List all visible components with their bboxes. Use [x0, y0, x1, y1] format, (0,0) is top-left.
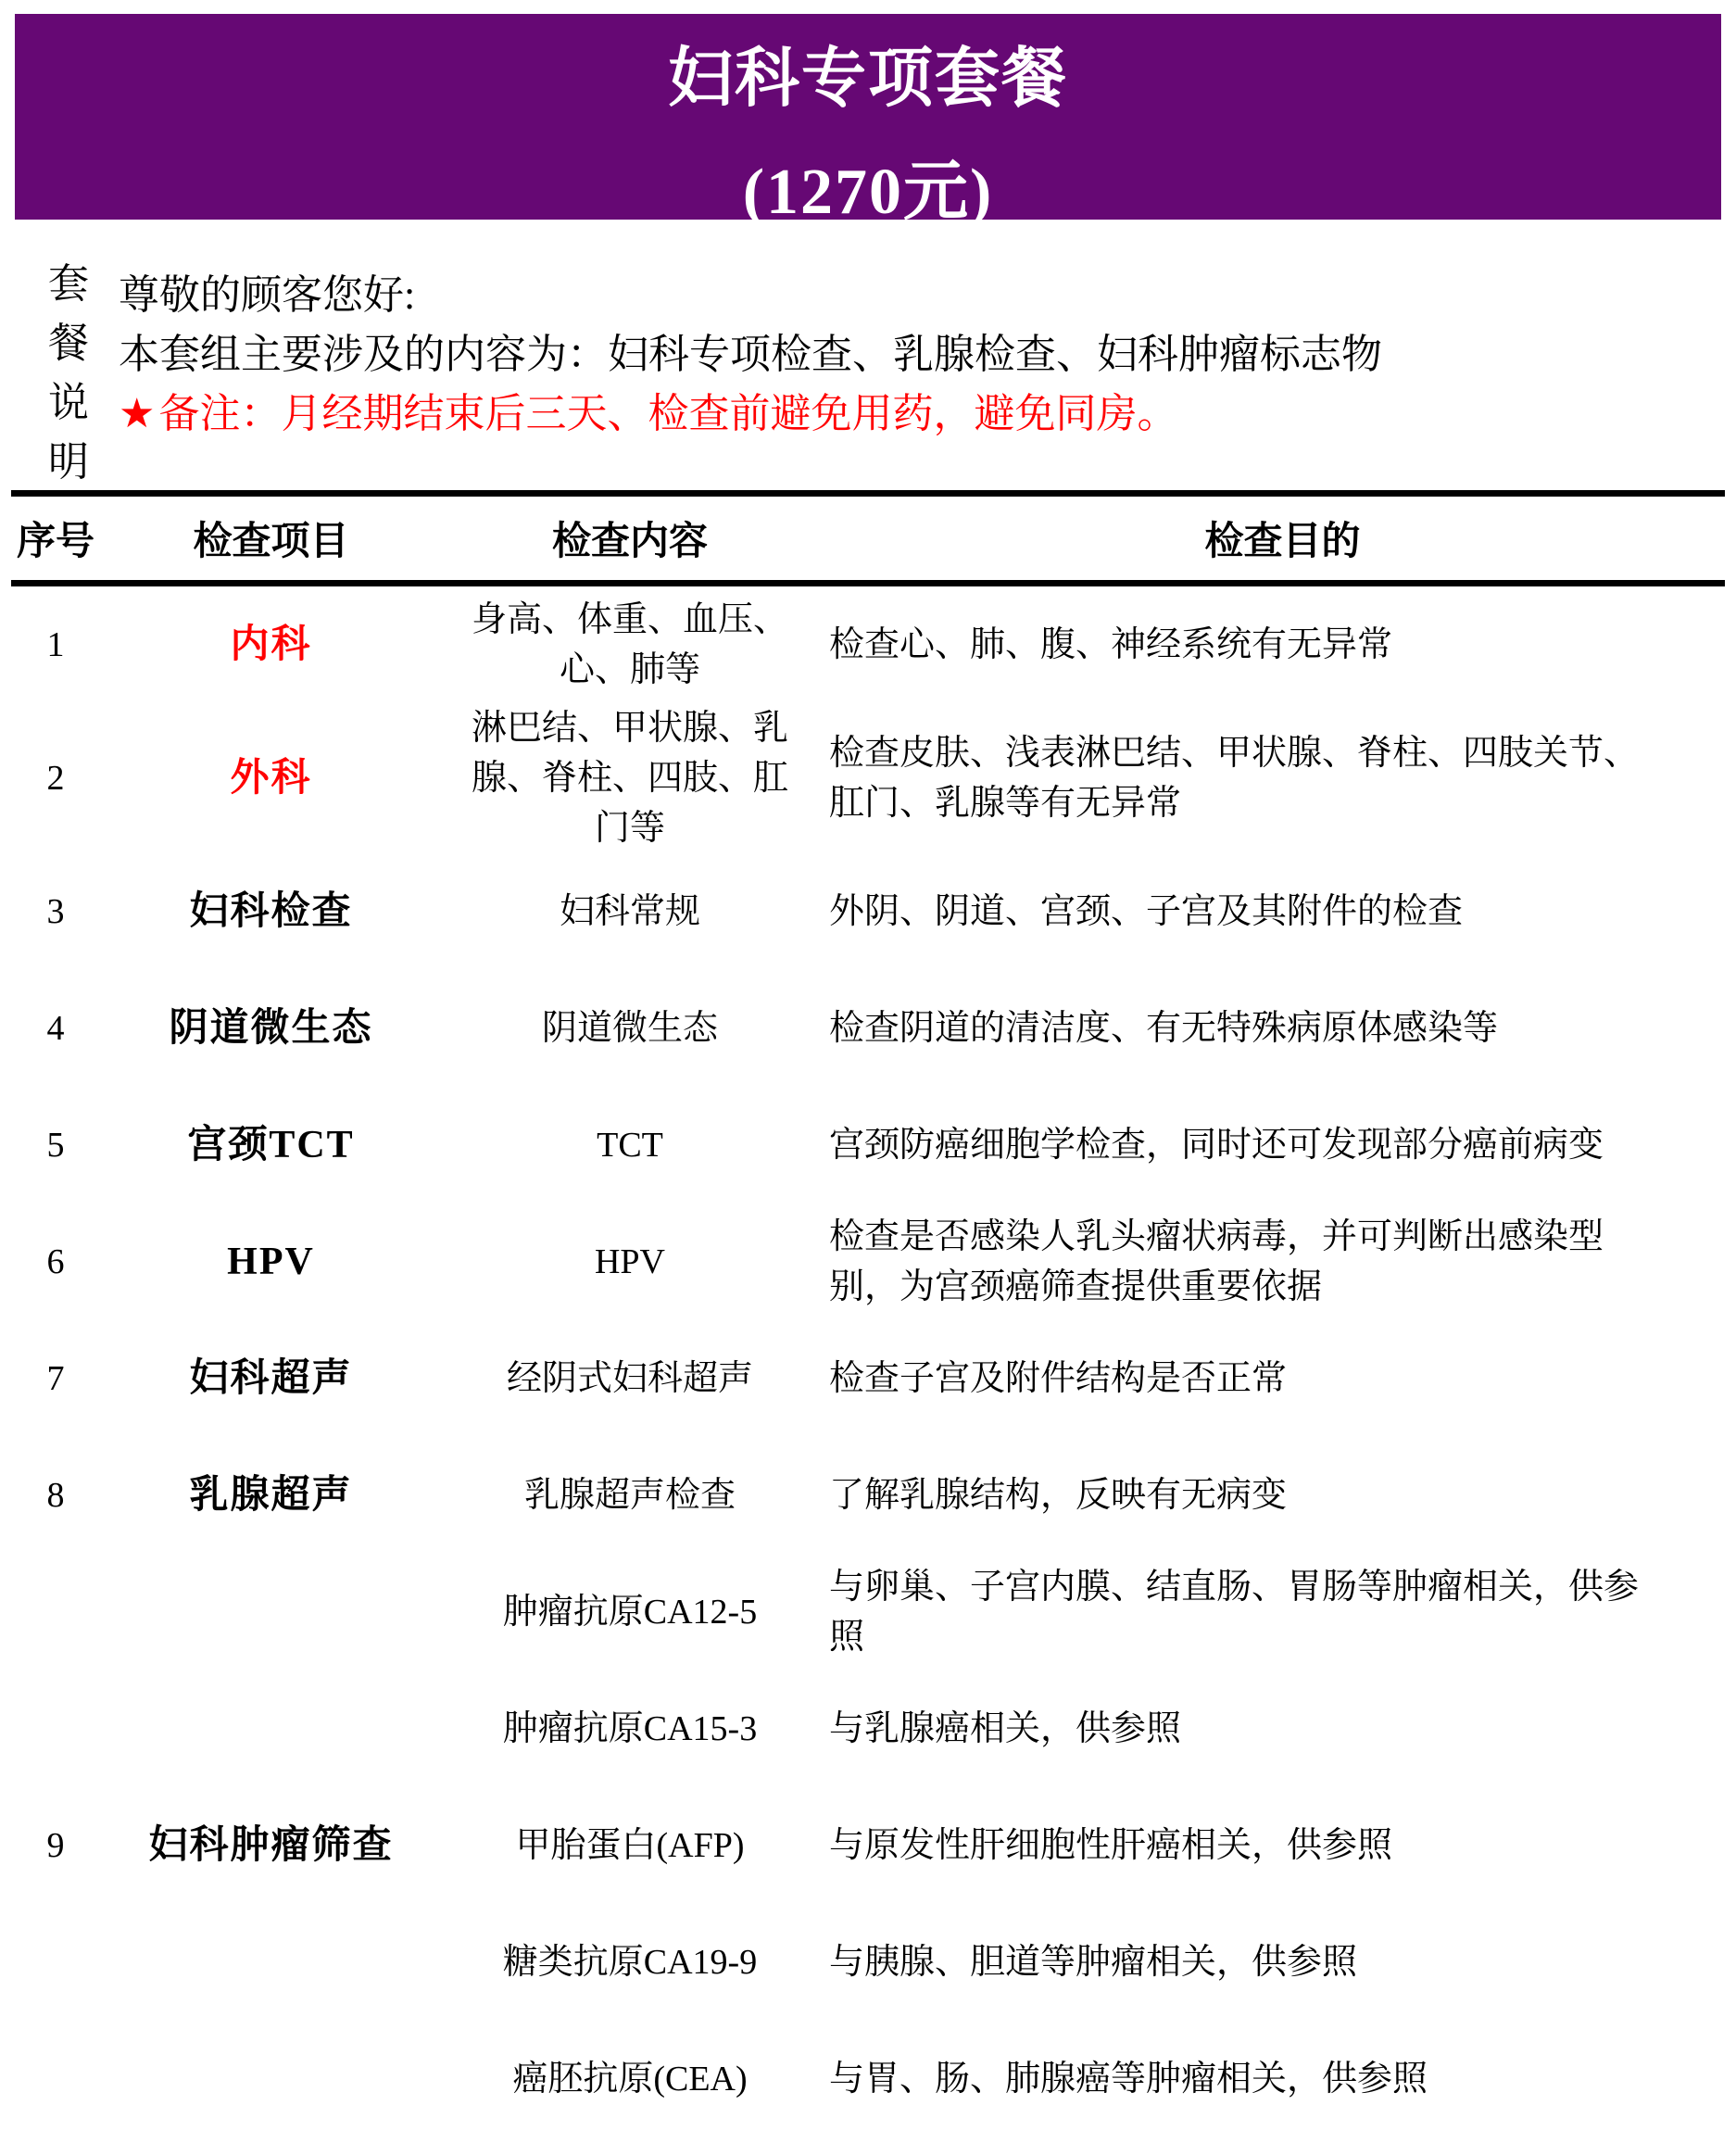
seq-cell: 7	[0, 1354, 111, 1404]
item-cell: 妇科肿瘤筛查	[111, 1821, 431, 1871]
purpose-cell: 检查是否感染人乳头瘤状病毒，并可判断出感染型 别，为宫颈癌筛查提供重要依据	[829, 1212, 1736, 1312]
purpose-cell: 与原发性肝细胞性肝癌相关，供参照	[829, 1821, 1736, 1871]
table-row: 2 外科 淋巴结、甲状腺、乳 腺、脊柱、四肢、肛 门等 检查皮肤、浅表淋巴结、甲…	[0, 703, 1736, 853]
item-cell: 内科	[111, 620, 431, 670]
side-label-char: 明	[44, 428, 93, 487]
table-row: 3 妇科检查 妇科常规 外阴、阴道、宫颈、子宫及其附件的检查	[0, 853, 1736, 970]
content-cell: 肿瘤抗原CA15-3	[431, 1704, 829, 1754]
purpose-cell: 检查子宫及附件结构是否正常	[829, 1354, 1736, 1404]
intro-greeting: 尊敬的顾客您好:	[119, 266, 1382, 325]
header-content: 检查内容	[431, 510, 829, 566]
content-cell: HPV	[431, 1237, 829, 1287]
table-row: 肿瘤抗原CA15-3 与乳腺癌相关，供参照	[0, 1670, 1736, 1787]
package-banner: 妇科专项套餐 (1270元)	[15, 14, 1721, 220]
header-purpose: 检查目的	[829, 510, 1736, 566]
table-row: 8 乳腺超声 乳腺超声检查 了解乳腺结构，反映有无病变	[0, 1437, 1736, 1554]
item-cell: HPV	[111, 1237, 431, 1287]
header-seq: 序号	[0, 510, 111, 566]
divider-above-header	[11, 490, 1725, 497]
intro-description: 本套组主要涉及的内容为：妇科专项检查、乳腺检查、妇科肿瘤标志物	[119, 325, 1382, 384]
table-row: 5 宫颈TCT TCT 宫颈防癌细胞学检查，同时还可发现部分癌前病变	[0, 1087, 1736, 1204]
package-document: 妇科专项套餐 (1270元) 套 餐 说 明 尊敬的顾客您好: 本套组主要涉及的…	[0, 0, 1736, 2130]
table-body: 1 内科 身高、体重、血压、 心、肺等 检查心、肺、腹、神经系统有无异常 2 外…	[0, 586, 1736, 2130]
seq-cell: 2	[0, 753, 111, 803]
seq-cell: 6	[0, 1237, 111, 1287]
content-cell: 甲胎蛋白(AFP)	[431, 1821, 829, 1871]
side-label-char: 说	[44, 369, 93, 428]
content-cell: 乳腺超声检查	[431, 1470, 829, 1520]
seq-cell: 5	[0, 1120, 111, 1170]
purpose-cell: 检查皮肤、浅表淋巴结、甲状腺、脊柱、四肢关节、 肛门、乳腺等有无异常	[829, 728, 1736, 828]
content-cell: 淋巴结、甲状腺、乳 腺、脊柱、四肢、肛 门等	[431, 703, 829, 853]
purpose-cell: 了解乳腺结构，反映有无病变	[829, 1470, 1736, 1520]
content-cell: 经阴式妇科超声	[431, 1354, 829, 1404]
package-intro: 套 餐 说 明 尊敬的顾客您好: 本套组主要涉及的内容为：妇科专项检查、乳腺检查…	[0, 220, 1736, 490]
purpose-cell: 检查心、肺、腹、神经系统有无异常	[829, 620, 1736, 670]
package-title: 妇科专项套餐	[15, 23, 1721, 136]
content-cell: 糖类抗原CA19-9	[431, 1937, 829, 1987]
table-row: 肿瘤抗原CA12-5 与卵巢、子宫内膜、结直肠、胃肠等肿瘤相关，供参 照	[0, 1554, 1736, 1670]
item-cell: 妇科超声	[111, 1354, 431, 1404]
table-row: 7 妇科超声 经阴式妇科超声 检查子宫及附件结构是否正常	[0, 1320, 1736, 1437]
table-row: 癌胚抗原(CEA) 与胃、肠、肺腺癌等肿瘤相关，供参照	[0, 2021, 1736, 2130]
content-cell: 阴道微生态	[431, 1003, 829, 1053]
purpose-cell: 与卵巢、子宫内膜、结直肠、胃肠等肿瘤相关，供参 照	[829, 1562, 1736, 1662]
star-icon: ★	[119, 384, 155, 444]
content-cell: 身高、体重、血压、 心、肺等	[431, 595, 829, 695]
side-label-char: 套	[44, 250, 93, 309]
seq-cell: 9	[0, 1821, 111, 1871]
seq-cell: 1	[0, 620, 111, 670]
item-cell: 妇科检查	[111, 887, 431, 937]
content-cell: TCT	[431, 1120, 829, 1170]
table-row: 6 HPV HPV 检查是否感染人乳头瘤状病毒，并可判断出感染型 别，为宫颈癌筛…	[0, 1204, 1736, 1320]
seq-cell: 8	[0, 1470, 111, 1520]
purpose-cell: 宫颈防癌细胞学检查，同时还可发现部分癌前病变	[829, 1120, 1736, 1170]
content-cell: 肿瘤抗原CA12-5	[431, 1587, 829, 1637]
table-row: 9 妇科肿瘤筛查 甲胎蛋白(AFP) 与原发性肝细胞性肝癌相关，供参照	[0, 1787, 1736, 1904]
table-row: 糖类抗原CA19-9 与胰腺、胆道等肿瘤相关，供参照	[0, 1904, 1736, 2021]
purpose-cell: 外阴、阴道、宫颈、子宫及其附件的检查	[829, 887, 1736, 937]
divider-below-header	[11, 580, 1725, 586]
item-cell: 宫颈TCT	[111, 1120, 431, 1170]
intro-side-label: 套 餐 说 明	[44, 250, 93, 463]
intro-note: ★备注：月经期结束后三天、检查前避免用药，避免同房。	[119, 384, 1382, 444]
header-item: 检查项目	[111, 510, 431, 566]
table-row: 1 内科 身高、体重、血压、 心、肺等 检查心、肺、腹、神经系统有无异常	[0, 586, 1736, 703]
table-row: 4 阴道微生态 阴道微生态 检查阴道的清洁度、有无特殊病原体感染等	[0, 970, 1736, 1087]
intro-text-block: 尊敬的顾客您好: 本套组主要涉及的内容为：妇科专项检查、乳腺检查、妇科肿瘤标志物…	[119, 220, 1382, 490]
table-header-row: 序号 检查项目 检查内容 检查目的	[0, 497, 1736, 580]
purpose-cell: 与胰腺、胆道等肿瘤相关，供参照	[829, 1937, 1736, 1987]
item-cell: 外科	[111, 753, 431, 803]
item-cell: 阴道微生态	[111, 1003, 431, 1053]
purpose-cell: 与乳腺癌相关，供参照	[829, 1704, 1736, 1754]
intro-note-text: 备注：月经期结束后三天、检查前避免用药，避免同房。	[158, 391, 1177, 436]
side-label-char: 餐	[44, 309, 93, 369]
seq-cell: 4	[0, 1003, 111, 1053]
content-cell: 癌胚抗原(CEA)	[431, 2054, 829, 2104]
item-cell: 乳腺超声	[111, 1470, 431, 1520]
seq-cell: 3	[0, 887, 111, 937]
content-cell: 妇科常规	[431, 887, 829, 937]
purpose-cell: 检查阴道的清洁度、有无特殊病原体感染等	[829, 1003, 1736, 1053]
purpose-cell: 与胃、肠、肺腺癌等肿瘤相关，供参照	[829, 2054, 1736, 2104]
